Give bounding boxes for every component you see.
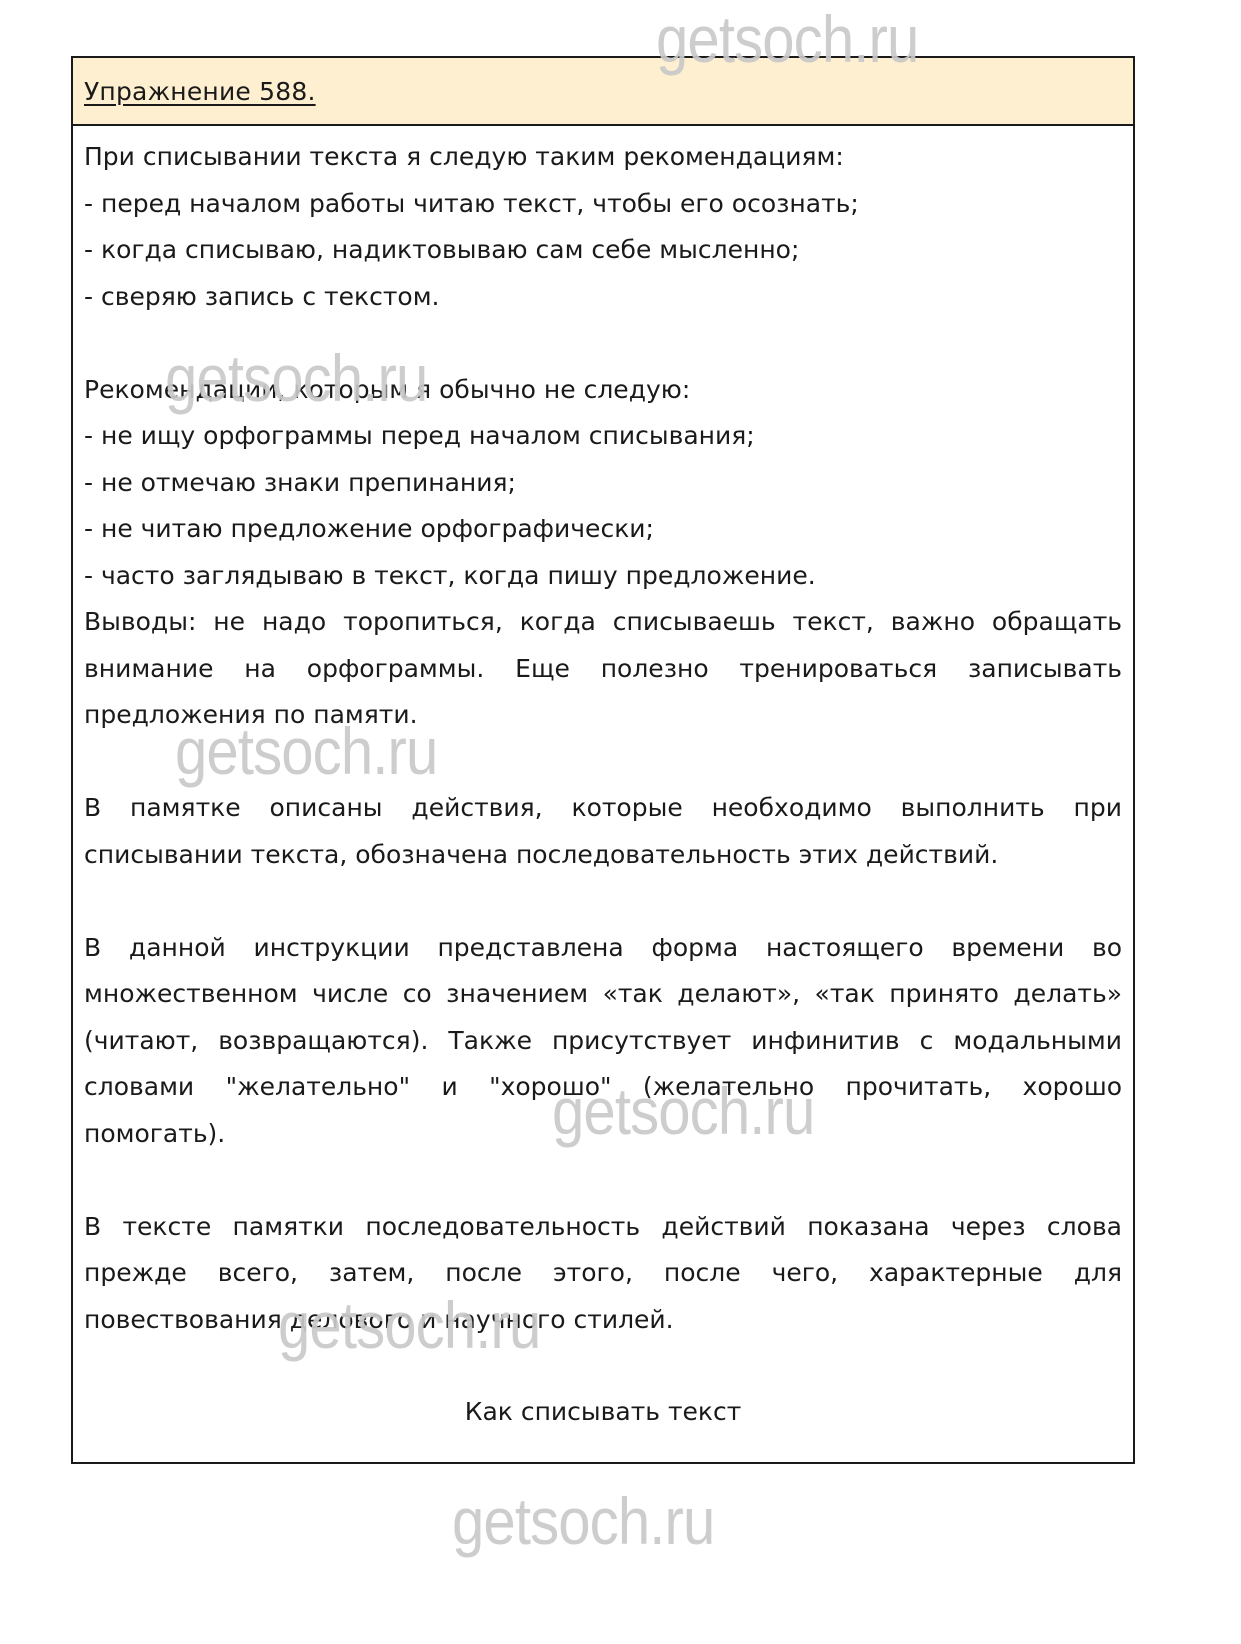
paragraph: В данной инструкции представлена форма н… — [84, 925, 1122, 1158]
exercise-card: Упражнение 588. При списывании текста я … — [71, 56, 1135, 1464]
list-item: - не отмечаю знаки препинания; — [84, 460, 1122, 507]
watermark: getsoch.ru — [452, 1488, 714, 1554]
section1-intro: При списывании текста я следую таким рек… — [84, 134, 1122, 181]
conclusion-paragraph: Выводы: не надо торопиться, когда списыв… — [84, 599, 1122, 739]
list-item: - сверяю запись с текстом. — [84, 274, 1122, 321]
exercise-title: Упражнение 588. — [84, 77, 316, 106]
exercise-header: Упражнение 588. — [73, 58, 1133, 126]
paragraph: В памятке описаны действия, которые необ… — [84, 785, 1122, 878]
spacer — [84, 739, 1122, 786]
closing-title: Как списывать текст — [84, 1389, 1122, 1436]
list-item: - перед началом работы читаю текст, чтоб… — [84, 181, 1122, 228]
paragraph: В тексте памятки последовательность дейс… — [84, 1204, 1122, 1344]
spacer — [84, 320, 1122, 367]
section2-intro: Рекомендации, которым я обычно не следую… — [84, 367, 1122, 414]
exercise-answer: При списывании текста я следую таким рек… — [73, 126, 1133, 1462]
list-item: - не читаю предложение орфографически; — [84, 506, 1122, 553]
list-item: - часто заглядываю в текст, когда пишу п… — [84, 553, 1122, 600]
spacer — [84, 878, 1122, 925]
list-item: - не ищу орфограммы перед началом списыв… — [84, 413, 1122, 460]
list-item: - когда списываю, надиктовываю сам себе … — [84, 227, 1122, 274]
spacer — [84, 1157, 1122, 1204]
